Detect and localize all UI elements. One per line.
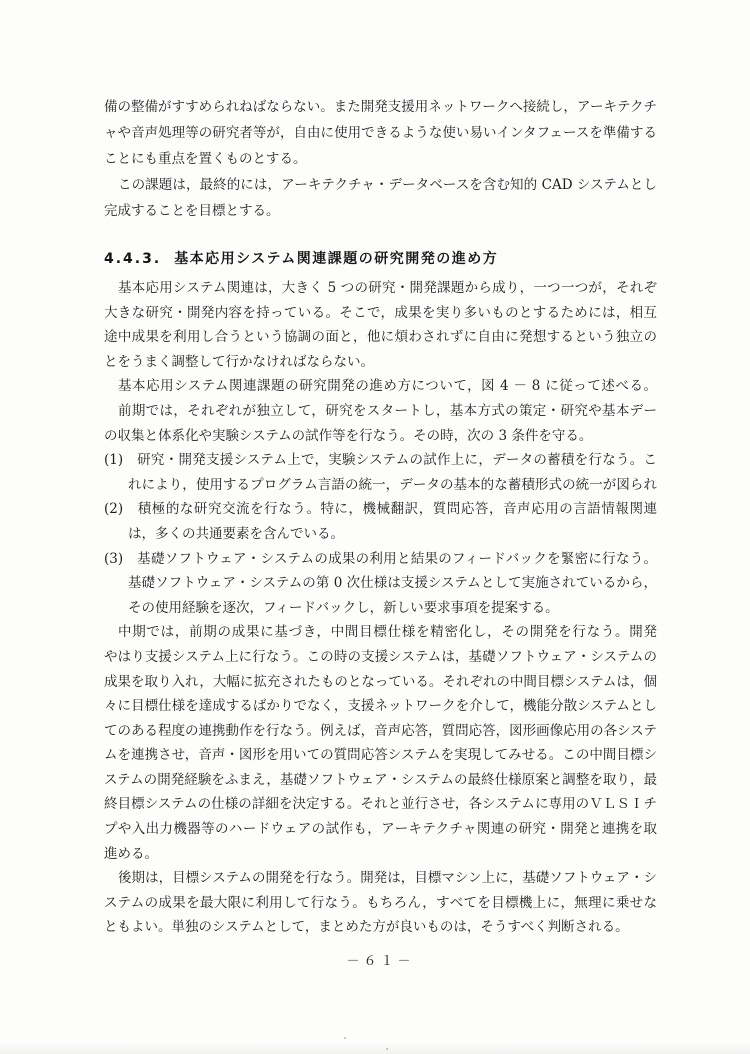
text-line: ことにも重点を置くものとする。 [104, 146, 657, 172]
section-heading: 4.4.3. 基本応用システム関連課題の研究開発の進め方 [104, 246, 657, 272]
text-line: の収集と体系化や実験システムの試作等を行なう。その時，次の 3 条件を守る。 [104, 424, 657, 449]
text-line: 途中成果を利用し合うという協調の面と，他に煩わされずに自由に発想するという独立の… [104, 325, 657, 350]
page-content: 備の整備がすすめられねばならない。また開発支援用ネットワークへ接続し，アーキテク… [104, 94, 657, 940]
text-line: 備の整備がすすめられねばならない。また開発支援用ネットワークへ接続し，アーキテク… [104, 94, 657, 120]
text-line: やはり支援システム上に行なう。この時の支援システムは，基礎ソフトウェア・システム… [104, 645, 657, 670]
text-line: 終目標システムの仕様の詳細を決定する。それと並行させ，各システムに専用のＶＬＳＩ… [104, 792, 657, 817]
text-line: 基本応用システム関連は，大きく 5 つの研究・開発課題から成り，一つ一つが，それ… [104, 276, 657, 301]
text-line: 基本応用システム関連課題の研究開発の進め方について，図 4 － 8 に従って述べ… [104, 374, 657, 399]
text-line: ムを連携させ，音声・図形を用いての質問応答システムを実現してみせる。この中間目標… [104, 743, 657, 768]
text-line: 成果を取り入れ，大幅に拡充されたものとなっている。それぞれの中間目標システムは，… [104, 670, 657, 695]
page-number: －６１－ [104, 950, 657, 969]
text-line: 進める。 [104, 842, 657, 867]
text-line: 々に目標仕様を達成するばかりでなく，支援ネットワークを介して，機能分散システムと… [104, 694, 657, 719]
intro-paragraph: 備の整備がすすめられねばならない。また開発支援用ネットワークへ接続し，アーキテク… [104, 94, 657, 224]
scanned-document-page: 備の整備がすすめられねばならない。また開発支援用ネットワークへ接続し，アーキテク… [0, 0, 750, 1054]
scan-bottom-edge [0, 1042, 750, 1054]
text-line: ステムの成果を最大限に利用して行なう。もちろん，すべてを目標機上に，無理に乗せな… [104, 891, 657, 916]
text-line: (3) 基礎ソフトウェア・システムの成果の利用と結果のフィードバックを緊密に行な… [104, 547, 657, 572]
text-line: 前期では，それぞれが独立して，研究をスタートし，基本方式の策定・研究や基本データ [104, 399, 657, 424]
text-line: は，多くの共通要素を含んでいる。 [104, 522, 657, 547]
section-number: 4.4.3. [104, 246, 161, 272]
text-line: (1) 研究・開発支援システム上で，実験システムの試作上に，データの蓄積を行なう… [104, 448, 657, 473]
section-body: 基本応用システム関連は，大きく 5 つの研究・開発課題から成り，一つ一つが，それ… [104, 276, 657, 940]
text-line: れにより，使用するプログラム言語の統一，データの基本的な蓄積形式の統一が図られる… [104, 473, 657, 498]
text-line: ともよい。単独のシステムとして，まとめた方が良いものは，そうすべく判断される。 [104, 915, 657, 940]
text-line: 中期では，前期の成果に基づき，中間目標仕様を精密化し，その開発を行なう。開発は， [104, 620, 657, 645]
text-line: とをうまく調整して行かなければならない。 [104, 350, 657, 375]
section-title: 基本応用システム関連課題の研究開発の進め方 [174, 246, 498, 272]
text-line: (2) 積極的な研究交流を行なう。特に，機械翻訳，質問応答，音声応用の言語情報関… [104, 497, 657, 522]
text-line: 後期は，目標システムの開発を行なう。開発は，目標マシン上に，基礎ソフトウェア・シ [104, 866, 657, 891]
text-line: その使用経験を逐次，フィードバックし，新しい要求事項を提案する。 [104, 596, 657, 621]
scan-speck [344, 1037, 346, 1039]
text-line: プや入出力機器等のハードウェアの試作も，アーキテクチャ関連の研究・開発と連携を取… [104, 817, 657, 842]
text-line: 完成することを目標とする。 [104, 198, 657, 224]
text-line: ステムの開発経験をふまえ，基礎ソフトウェア・システムの最終仕様原案と調整を取り，… [104, 768, 657, 793]
text-line: ャや音声処理等の研究者等が，自由に使用できるような使い易いインタフェースを準備す… [104, 120, 657, 146]
text-line: 基礎ソフトウェア・システムの第 0 次仕様は支援システムとして実施されているから… [104, 571, 657, 596]
text-line: てのある程度の連携動作を行なう。例えば，音声応答，質問応答，図形画像応用の各シス… [104, 719, 657, 744]
text-line: この課題は，最終的には，アーキテクチャ・データベースを含む知的 CAD システム… [104, 172, 657, 198]
text-line: 大きな研究・開発内容を持っている。そこで，成果を実り多いものとするためには，相互… [104, 301, 657, 326]
